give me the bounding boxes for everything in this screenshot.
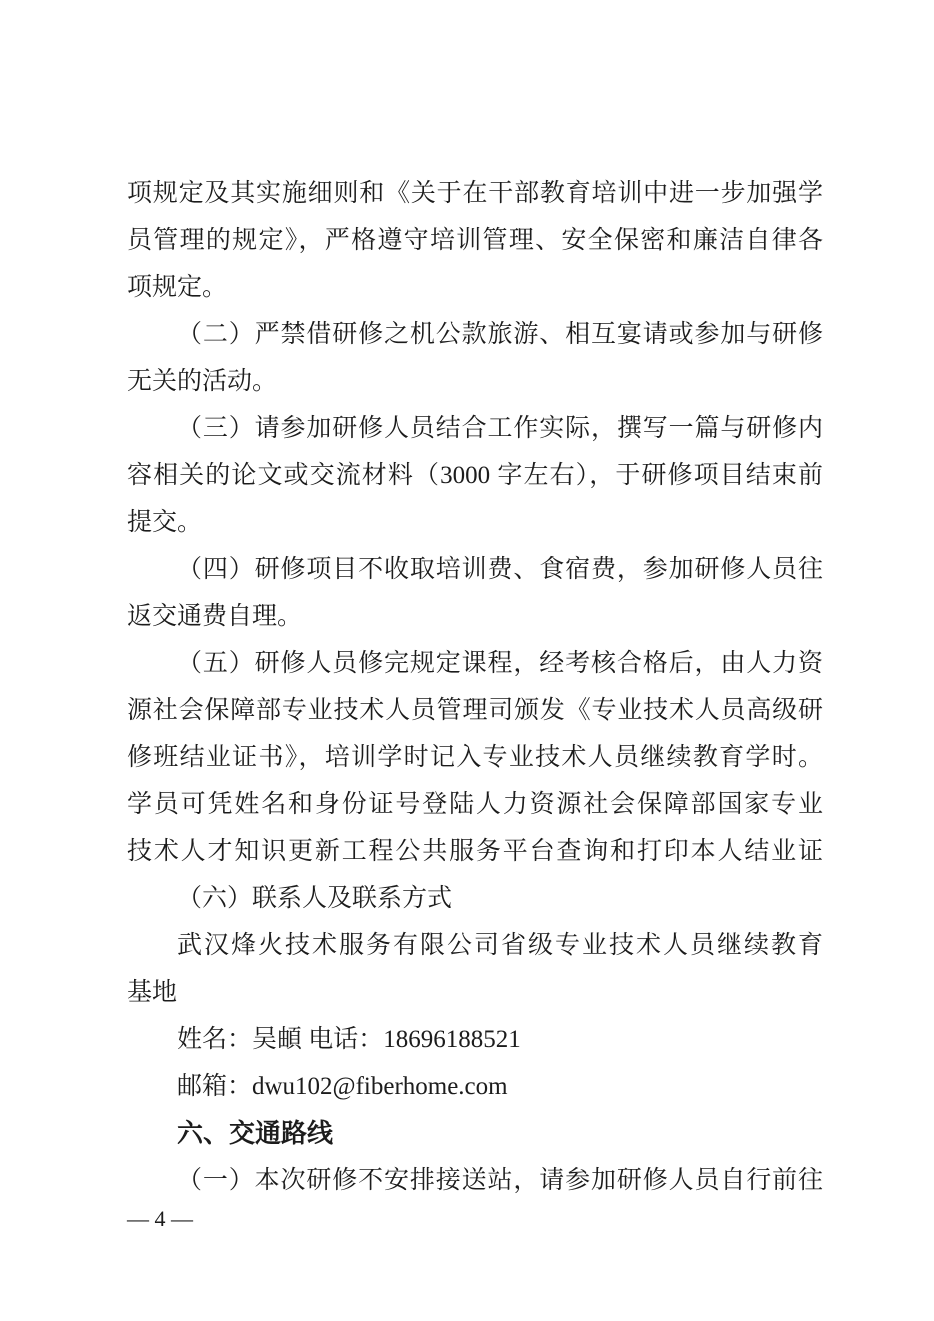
text-line: 提交。 (127, 499, 823, 546)
text-line: 武汉烽火技术服务有限公司省级专业技术人员继续教育 (127, 922, 823, 969)
page-number: — 4 — (127, 1202, 193, 1236)
para-organization: 武汉烽火技术服务有限公司省级专业技术人员继续教育基地 (127, 922, 823, 1016)
text-line: 姓名：吴頔 电话：18696188521 (127, 1016, 823, 1063)
document-page: 项规定及其实施细则和《关于在干部教育培训中进一步加强学员管理的规定》，严格遵守培… (0, 0, 934, 1321)
text-line: 项规定及其实施细则和《关于在干部教育培训中进一步加强学 (127, 170, 823, 217)
text-line: （三）请参加研修人员结合工作实际，撰写一篇与研修内 (127, 405, 823, 452)
text-line: 技术人才知识更新工程公共服务平台查询和打印本人结业证书。 (127, 828, 823, 875)
para-traffic-item-1: （一）本次研修不安排接送站，请参加研修人员自行前往 (127, 1157, 823, 1204)
text-line: 返交通费自理。 (127, 593, 823, 640)
text-line: 项规定。 (127, 264, 823, 311)
text-line: 学员可凭姓名和身份证号登陆人力资源社会保障部国家专业 (127, 781, 823, 828)
text-line: （六）联系人及联系方式 (127, 875, 823, 922)
text-line: （四）研修项目不收取培训费、食宿费，参加研修人员往 (127, 546, 823, 593)
para-item-6-contact-heading: （六）联系人及联系方式 (127, 875, 823, 922)
text-line: （二）严禁借研修之机公款旅游、相互宴请或参加与研修 (127, 311, 823, 358)
text-line: （一）本次研修不安排接送站，请参加研修人员自行前往 (127, 1157, 823, 1204)
para-item-4: （四）研修项目不收取培训费、食宿费，参加研修人员往返交通费自理。 (127, 546, 823, 640)
document-body: 项规定及其实施细则和《关于在干部教育培训中进一步加强学员管理的规定》，严格遵守培… (127, 170, 823, 1204)
para-item-5: （五）研修人员修完规定课程，经考核合格后，由人力资源社会保障部专业技术人员管理司… (127, 640, 823, 875)
text-line: 容相关的论文或交流材料（3000 字左右），于研修项目结束前 (127, 452, 823, 499)
text-line: （五）研修人员修完规定课程，经考核合格后，由人力资 (127, 640, 823, 687)
para-contact-name-phone: 姓名：吴頔 电话：18696188521 (127, 1016, 823, 1063)
text-line: 六、交通路线 (127, 1110, 823, 1157)
text-line: 无关的活动。 (127, 358, 823, 405)
para-continuation-rules: 项规定及其实施细则和《关于在干部教育培训中进一步加强学员管理的规定》，严格遵守培… (127, 170, 823, 311)
para-contact-email: 邮箱：dwu102@fiberhome.com (127, 1063, 823, 1110)
text-line: 员管理的规定》，严格遵守培训管理、安全保密和廉洁自律各 (127, 217, 823, 264)
text-line: 修班结业证书》，培训学时记入专业技术人员继续教育学时。 (127, 734, 823, 781)
para-item-2: （二）严禁借研修之机公款旅游、相互宴请或参加与研修无关的活动。 (127, 311, 823, 405)
text-line: 基地 (127, 969, 823, 1016)
text-line: 源社会保障部专业技术人员管理司颁发《专业技术人员高级研 (127, 687, 823, 734)
text-line: 邮箱：dwu102@fiberhome.com (127, 1063, 823, 1110)
para-item-3: （三）请参加研修人员结合工作实际，撰写一篇与研修内容相关的论文或交流材料（300… (127, 405, 823, 546)
para-section-6-heading: 六、交通路线 (127, 1110, 823, 1157)
